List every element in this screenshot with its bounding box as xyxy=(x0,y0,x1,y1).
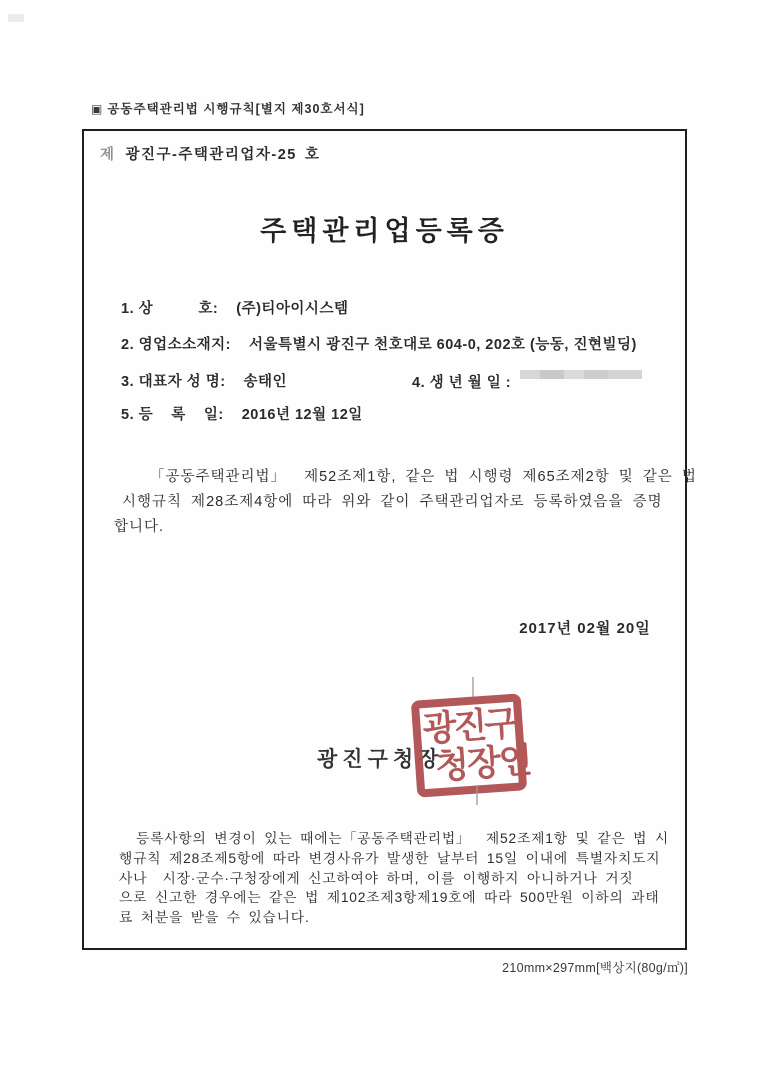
certificate-border-box: 제광진구-주택관리업자-25호 주택관리업등록증 1. 상 호:(주)티아이시스… xyxy=(82,129,687,950)
document-number: 제광진구-주택관리업자-25호 xyxy=(100,143,320,164)
notice-line-2: 행규칙 제28조제5항에 따라 변경사유가 발생한 날부터 15일 이내에 특별… xyxy=(119,849,677,869)
field-business-address-label: 2. 영업소소재지: xyxy=(121,337,231,353)
field-registration-date-label: 5. 등 록 일: xyxy=(121,407,224,423)
change-notification-notice: 등록사항의 변경이 있는 때에는「공동주택관리법」 제52조제1항 및 같은 법… xyxy=(119,829,677,928)
notice-line-5: 료 처분을 받을 수 있습니다. xyxy=(119,908,677,928)
notice-line-1: 등록사항의 변경이 있는 때에는「공동주택관리법」 제52조제1항 및 같은 법… xyxy=(119,829,677,849)
document-number-suffix: 호 xyxy=(305,147,321,163)
field-registration-date-value: 2016년 12월 12일 xyxy=(242,407,363,423)
issue-date: 2017년 02월 20일 xyxy=(465,617,705,638)
field-birth-date-label: 4. 생 년 월 일 : xyxy=(412,371,511,392)
field-company-name-label: 1. 상 호: xyxy=(121,301,218,317)
field-company-name-value: (주)티아이시스템 xyxy=(236,301,348,317)
field-birth-date: 4. 생 년 월 일 : xyxy=(412,370,642,393)
field-company-name: 1. 상 호:(주)티아이시스템 xyxy=(121,297,681,319)
statement-line-3: 합니다. xyxy=(114,515,666,540)
form-box-icon: ▣ xyxy=(91,102,103,116)
field-representative-label: 3. 대표자 성 명: xyxy=(121,374,226,390)
scanned-document-page: ▣공동주택관리법 시행규칙[별지 제30호서식] 제광진구-주택관리업자-25호… xyxy=(0,0,768,1085)
field-representative-row: 3. 대표자 성 명:송태인 4. 생 년 월 일 : xyxy=(121,370,681,392)
statement-line-1: 「공동주택관리법」 제52조제1항, 같은 법 시행령 제65조제2항 및 같은… xyxy=(114,465,666,490)
seal-text-line-2: 청장인 xyxy=(433,730,566,789)
statement-line-2: 시행규칙 제28조제4항에 따라 위와 같이 주택관리업자로 등록하였음을 증명 xyxy=(114,490,666,515)
scan-fold-mark-top xyxy=(472,677,474,697)
form-reference-note: ▣공동주택관리법 시행규칙[별지 제30호서식] xyxy=(91,99,365,117)
issuer-area: 광진구청장 광진구 청장인 xyxy=(84,691,685,821)
official-seal-stamp: 광진구 청장인 xyxy=(411,693,527,797)
birth-date-redaction-blur xyxy=(520,370,642,393)
field-representative-value: 송태인 xyxy=(244,374,288,390)
certification-statement: 「공동주택관리법」 제52조제1항, 같은 법 시행령 제65조제2항 및 같은… xyxy=(114,465,666,540)
document-number-value: 광진구-주택관리업자-25 xyxy=(126,147,297,163)
notice-line-3: 사나 시장·군수·구청장에게 신고하여야 하며, 이를 이행하지 아니하거나 거… xyxy=(119,869,677,889)
field-registration-date: 5. 등 록 일:2016년 12월 12일 xyxy=(121,403,681,425)
scan-artifact xyxy=(8,14,24,22)
form-reference-text: 공동주택관리법 시행규칙[별지 제30호서식] xyxy=(107,102,364,116)
field-business-address-value: 서울특별시 광진구 천호대로 604-0, 202호 (능동, 진현빌딩) xyxy=(249,337,637,353)
field-business-address: 2. 영업소소재지:서울특별시 광진구 천호대로 604-0, 202호 (능동… xyxy=(121,333,681,355)
scan-fold-mark-bottom xyxy=(476,785,478,805)
certificate-title: 주택관리업등록증 xyxy=(84,209,685,248)
paper-specification: 210mm×297mm[백상지(80g/㎡)] xyxy=(388,958,688,976)
notice-line-4: 으로 신고한 경우에는 같은 법 제102조제3항제19호에 따라 500만원 … xyxy=(119,888,677,908)
document-number-prefix: 제 xyxy=(100,147,116,163)
